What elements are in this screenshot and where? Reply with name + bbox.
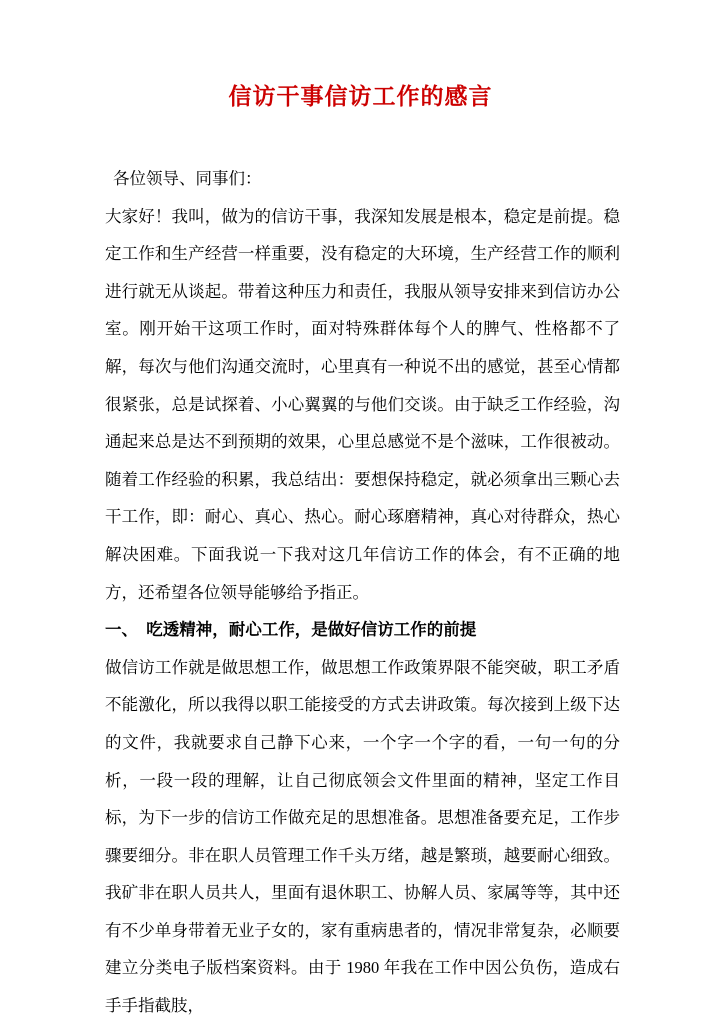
greeting-line: 各位领导、同事们： — [105, 160, 620, 198]
body-paragraph-2: 做信访工作就是做思想工作，做思想工作政策界限不能突破，职工矛盾不能激化，所以我得… — [105, 649, 620, 1020]
document-title: 信访干事信访工作的感言 — [0, 0, 721, 114]
body-paragraph-1: 大家好！我叫，做为的信访干事，我深知发展是根本，稳定是前提。稳定工作和生产经营一… — [105, 198, 620, 612]
section-heading-1: 一、 吃透精神，耐心工作，是做好信访工作的前提 — [105, 611, 620, 649]
document-page: 信访干事信访工作的感言 各位领导、同事们： 大家好！我叫，做为的信访干事，我深知… — [0, 0, 721, 1020]
document-body: 各位领导、同事们： 大家好！我叫，做为的信访干事，我深知发展是根本，稳定是前提。… — [105, 160, 620, 1020]
